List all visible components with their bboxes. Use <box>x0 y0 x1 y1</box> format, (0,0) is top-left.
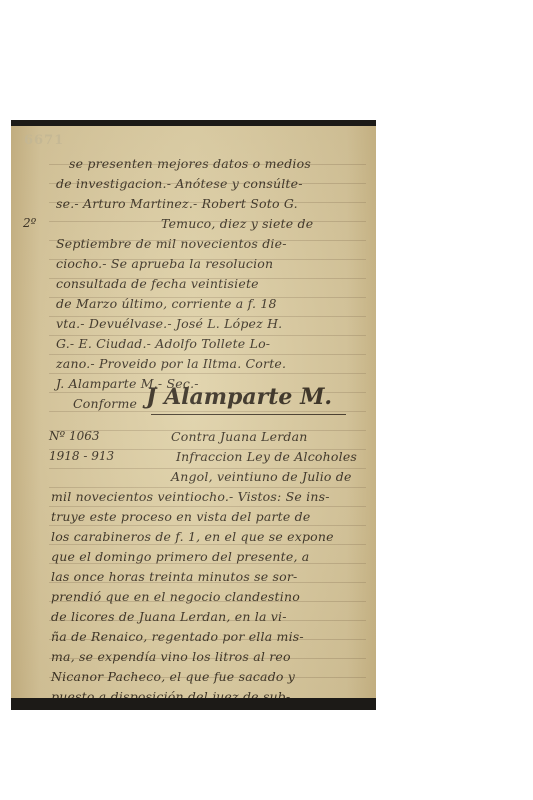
text-line: prendió que en el negocio clandestino <box>51 589 376 608</box>
signature-underline <box>151 414 346 415</box>
scanned-page-frame: 6671 se presenten mejores datos o medios… <box>11 120 376 710</box>
ledger-page: 6671 se presenten mejores datos o medios… <box>11 126 376 698</box>
text-line: de investigacion.- Anótese y consúlte- <box>56 176 376 195</box>
text-line: que el domingo primero del presente, a <box>51 549 376 568</box>
text-line: se presenten mejores datos o medios <box>69 156 376 175</box>
text-line: Septiembre de mil novecientos die- <box>56 236 376 255</box>
case-title-line-1: Contra Juana Lerdan <box>171 429 376 448</box>
text-line: de Marzo último, corriente a f. 18 <box>56 296 376 315</box>
text-line: Nicanor Pacheco, el que fue sacado y <box>51 669 376 688</box>
text-line: ma, se expendía vino los litros al reo <box>51 649 376 668</box>
case-title-line-2: Infraccion Ley de Alcoholes <box>176 449 376 468</box>
text-line: las once horas treinta minutos se sor- <box>51 569 376 588</box>
text-line: vta.- Devuélvase.- José L. López H. <box>56 316 376 335</box>
text-line: Angol, veintiuno de Julio de <box>171 469 376 488</box>
text-line: de licores de Juana Lerdan, en la vi- <box>51 609 376 628</box>
text-line: G.- E. Ciudad.- Adolfo Tollete Lo- <box>56 336 376 355</box>
text-line: truye este proceso en vista del parte de <box>51 509 376 528</box>
entry-number: 2º <box>23 216 36 230</box>
text-line: consultada de fecha veintisiete <box>56 276 376 295</box>
text-line: Temuco, diez y siete de <box>161 216 376 235</box>
text-line: zano.- Proveido por la Iltma. Corte. <box>56 356 376 375</box>
signature: J Alamparte M. <box>146 384 332 410</box>
text-line: puesto a disposición del juez de sub- <box>51 689 376 698</box>
text-line: ña de Renaico, regentado por ella mis- <box>51 629 376 648</box>
text-line: mil novecientos veintiocho.- Vistos: Se … <box>51 489 376 508</box>
case-year-ref: 1918 - 913 <box>49 449 114 463</box>
text-line: se.- Arturo Martinez.- Robert Soto G. <box>56 196 376 215</box>
case-number: Nº 1063 <box>49 429 100 443</box>
text-line: los carabineros de f. 1, en el que se ex… <box>51 529 376 548</box>
text-line: ciocho.- Se aprueba la resolucion <box>56 256 376 275</box>
